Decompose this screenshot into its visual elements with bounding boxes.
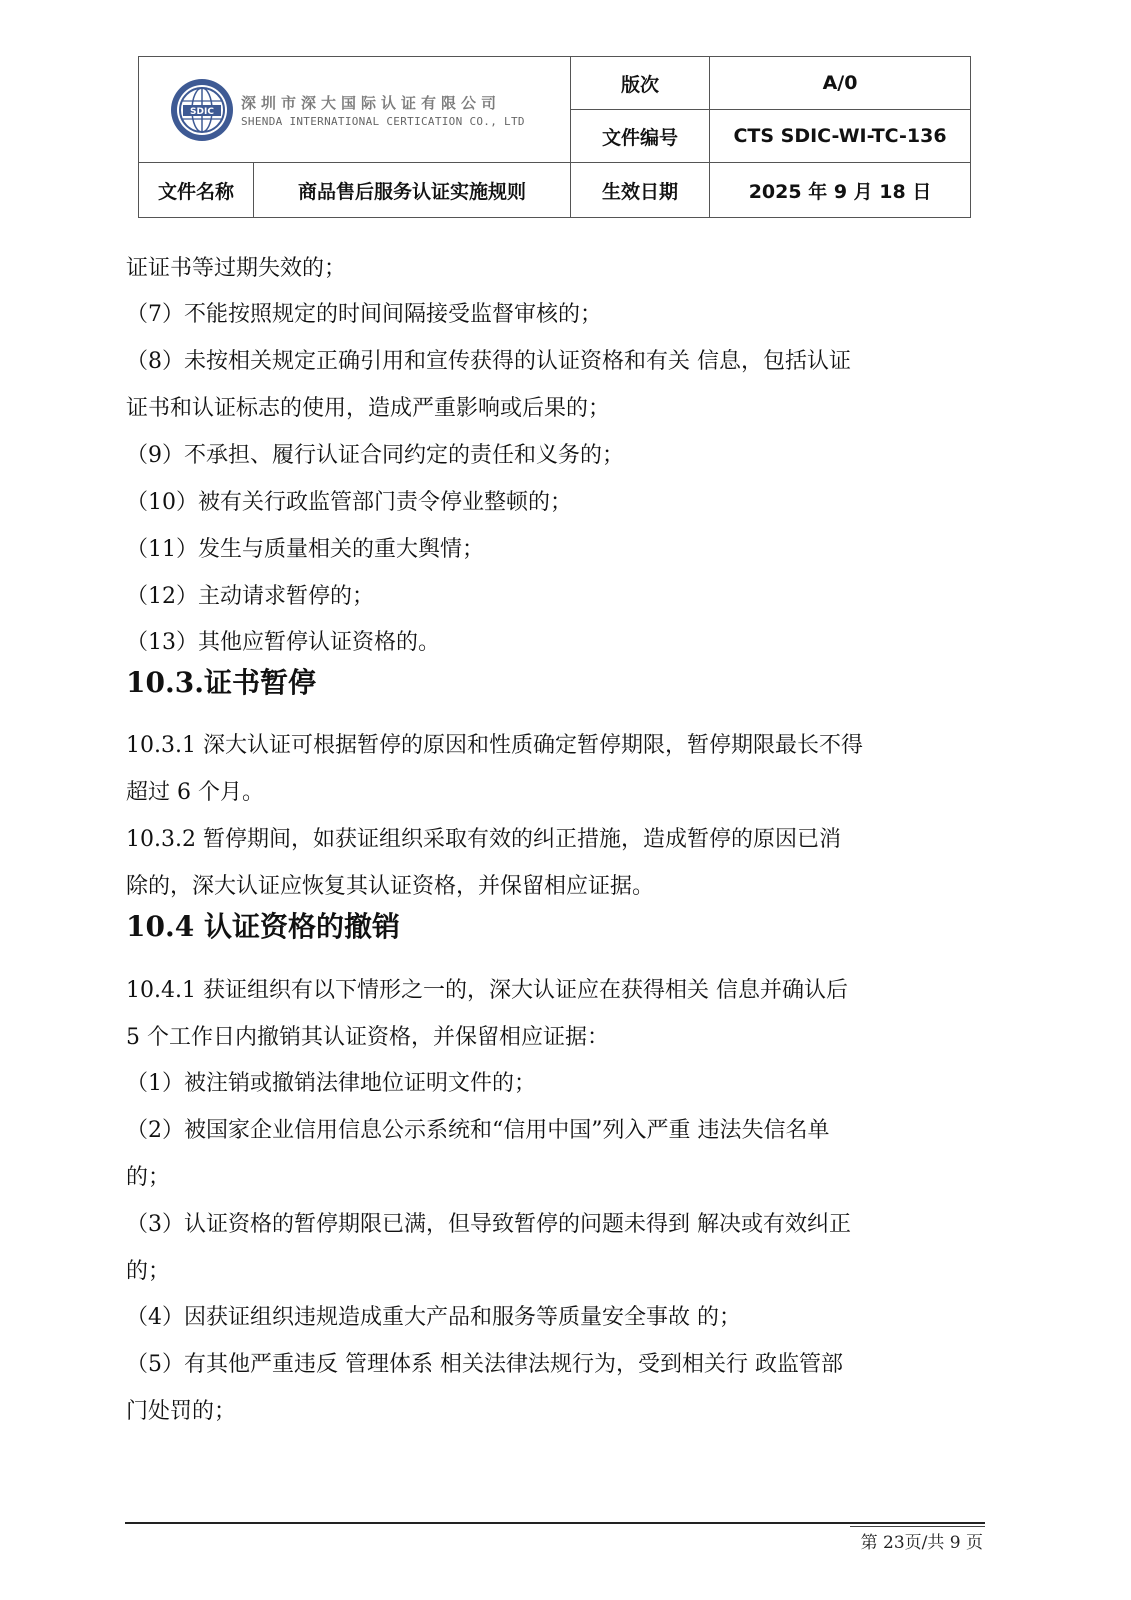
- list-item-1: （1）被注销或撤销法律地位证明文件的；: [126, 1071, 986, 1097]
- list-item-2-cont: 的；: [126, 1165, 986, 1191]
- company-name-cn: 深圳市深大国际认证有限公司: [241, 92, 525, 113]
- doc-name-label: 文件名称: [139, 163, 254, 218]
- clause-10-4-1-cont: 5 个工作日内撤销其认证资格，并保留相应证据：: [126, 1025, 986, 1051]
- sdic-globe-logo-icon: SDIC: [169, 77, 235, 143]
- doc-number-value: CTS SDIC-WI-TC-136: [710, 110, 971, 163]
- list-item-4: （4）因获证组织违规造成重大产品和服务等质量安全事故 的；: [126, 1305, 986, 1331]
- list-item-3: （3）认证资格的暂停期限已满，但导致暂停的问题未得到 解决或有效纠正: [126, 1212, 986, 1238]
- clause-10-3-1-cont: 超过 6 个月。: [126, 780, 986, 806]
- list-item-3-cont: 的；: [126, 1259, 986, 1285]
- body-line: 证证书等过期失效的；: [126, 256, 986, 282]
- list-item-5-cont: 门处罚的；: [126, 1399, 986, 1425]
- effective-date-value: 2025 年 9 月 18 日: [710, 163, 971, 218]
- effective-date-label: 生效日期: [571, 163, 710, 218]
- clause-10-4-1: 10.4.1 获证组织有以下情形之一的，深大认证应在获得相关 信息并确认后: [126, 978, 986, 1004]
- clause-10-3-1: 10.3.1 深大认证可根据暂停的原因和性质确定暂停期限，暂停期限最长不得: [126, 733, 986, 759]
- footer-divider-short: [850, 1526, 985, 1527]
- list-item-8: （8）未按相关规定正确引用和宣传获得的认证资格和有关 信息，包括认证: [126, 349, 986, 375]
- list-item-8-cont: 证书和认证标志的使用，造成严重影响或后果的；: [126, 396, 986, 422]
- section-heading-10-4: 10.4 认证资格的撤销: [126, 905, 400, 945]
- list-item-10: （10）被有关行政监管部门责令停业整顿的；: [126, 490, 986, 516]
- list-item-9: （9）不承担、履行认证合同约定的责任和义务的；: [126, 443, 986, 469]
- list-item-2: （2）被国家企业信用信息公示系统和“信用中国”列入严重 违法失信名单: [126, 1118, 986, 1144]
- document-header-table: SDIC 深圳市深大国际认证有限公司 SHENDA INTERNATIONAL …: [138, 56, 971, 218]
- version-value: A/0: [710, 57, 971, 110]
- list-item-5: （5）有其他严重违反 管理体系 相关法律法规行为，受到相关行 政监管部: [126, 1352, 986, 1378]
- company-name-en: SHENDA INTERNATIONAL CERTICATION CO., LT…: [241, 115, 525, 128]
- list-item-7: （7）不能按照规定的时间间隔接受监督审核的；: [126, 302, 986, 328]
- section-heading-10-3: 10.3.证书暂停: [126, 661, 316, 701]
- list-item-13: （13）其他应暂停认证资格的。: [126, 630, 986, 656]
- page-number: 第 23页/共 9 页: [861, 1528, 983, 1553]
- footer-divider: [125, 1522, 985, 1524]
- list-item-11: （11）发生与质量相关的重大舆情；: [126, 537, 986, 563]
- company-logo-cell: SDIC 深圳市深大国际认证有限公司 SHENDA INTERNATIONAL …: [139, 57, 571, 163]
- version-label: 版次: [571, 57, 710, 110]
- doc-number-label: 文件编号: [571, 110, 710, 163]
- clause-10-3-2: 10.3.2 暂停期间，如获证组织采取有效的纠正措施，造成暂停的原因已消: [126, 827, 986, 853]
- doc-name-value: 商品售后服务认证实施规则: [254, 163, 571, 218]
- svg-text:SDIC: SDIC: [190, 107, 214, 117]
- list-item-12: （12）主动请求暂停的；: [126, 584, 986, 610]
- clause-10-3-2-cont: 除的，深大认证应恢复其认证资格，并保留相应证据。: [126, 874, 986, 900]
